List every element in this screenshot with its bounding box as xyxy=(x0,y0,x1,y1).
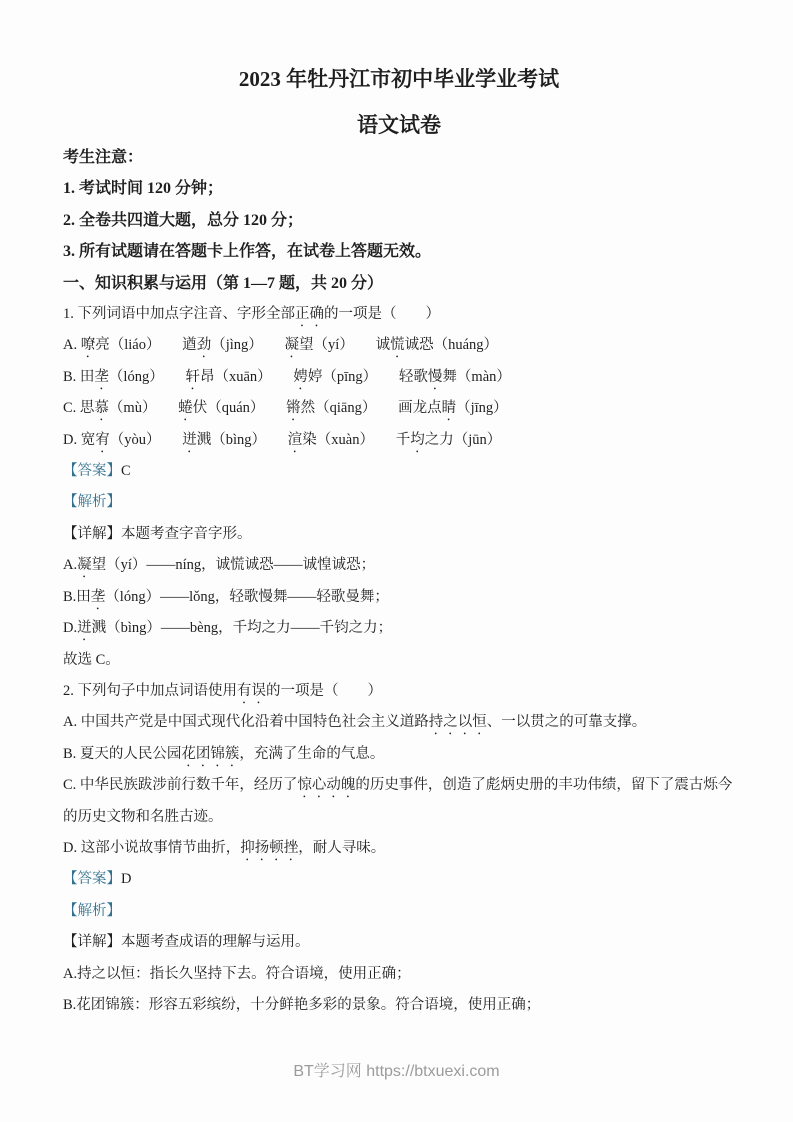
text-run: C. 中华民族跋涉前行数千年，经历了 xyxy=(63,777,297,793)
text-run: B. 夏天的人民公园 xyxy=(63,746,181,762)
document-content: 2023 年牡丹江市初中毕业学业考试 语文试卷 考生注意：1. 考试时间 120… xyxy=(63,64,735,1021)
q2-option-b: B. 夏天的人民公园花团锦簇，充满了生命的气息。 xyxy=(63,739,735,770)
text-run: 望（yí）——níng，诚慌诚恐——诚惶诚恐； xyxy=(92,557,376,573)
q2-detail: 【详解】本题考查成语的理解与运用。 xyxy=(63,927,735,958)
accent-label: 【解析】 xyxy=(63,903,121,919)
text-run: 的历史事件，创造了彪炳史册的丰功伟绩，留下了震古烁今 xyxy=(355,777,732,793)
emphasized-text: 有误 xyxy=(237,683,266,699)
text-run: 一、知识积累与运用（第 1—7 题，共 20 分） xyxy=(63,275,383,292)
text-run: （jìng） xyxy=(211,337,284,353)
q1-option-a: A. 嘹亮（liáo） 遒劲（jìng） 凝望（yí） 诚慌诚恐（huáng） xyxy=(63,330,735,361)
text-run: 昂（xuān） xyxy=(200,369,293,385)
emphasized-text: 抑扬顿挫 xyxy=(240,840,298,856)
emphasized-text: 均 xyxy=(410,432,425,448)
accent-label: 【答案】 xyxy=(63,463,121,479)
q2-option-a: A. 中国共产党是中国式现代化沿着中国特色社会主义道路持之以恒、一以贯之的可靠支… xyxy=(63,707,735,738)
text-run: 婷（pīng） 轻歌 xyxy=(308,369,428,385)
q1-detail-d: D.迸溅（bìng）——bèng，千均之力——千钧之力； xyxy=(63,613,735,644)
text-run: ，耐人寻味。 xyxy=(298,840,385,856)
emphasized-text: 垄 xyxy=(91,589,106,605)
text-run: 的一项是（ ） xyxy=(266,683,382,699)
emphasized-text: 凝 xyxy=(285,337,300,353)
text-run: 1. 下列词语中加点字注音、字形全部 xyxy=(63,306,295,322)
text-run: 考生注意： xyxy=(63,149,143,166)
text-run: 3. 所有试题请在答题卡上作答，在试卷上答题无效。 xyxy=(63,243,431,260)
text-run: 亮（liáo） 遒 xyxy=(95,337,197,353)
emphasized-text: 蜷 xyxy=(178,400,193,416)
text-run: A. xyxy=(63,557,77,573)
emphasized-text: 慢 xyxy=(428,369,443,385)
text-run: （mù） xyxy=(109,400,178,416)
text-run: D. 宽 xyxy=(63,432,95,448)
q2-answer: 【答案】D xyxy=(63,864,735,895)
text-run: （lóng） xyxy=(109,369,186,385)
text-run: 、一以贯之的可靠支撑。 xyxy=(487,714,647,730)
q2-option-c-line1: C. 中华民族跋涉前行数千年，经历了惊心动魄的历史事件，创造了彪炳史册的丰功伟绩… xyxy=(63,770,735,801)
q2-option-d: D. 这部小说故事情节曲折，抑扬顿挫，耐人寻味。 xyxy=(63,833,735,864)
q1-option-d: D. 宽宥（yòu） 迸溅（bìng） 渲染（xuàn） 千均之力（jūn） xyxy=(63,425,735,456)
q1-detail: 【详解】本题考查字音字形。 xyxy=(63,519,735,550)
text-run: C xyxy=(121,463,131,479)
q2-option-c-line2: 的历史文物和名胜古迹。 xyxy=(63,802,735,833)
notice-1: 1. 考试时间 120 分钟； xyxy=(63,173,735,204)
q2-stem: 2. 下列句子中加点词语使用有误的一项是（ ） xyxy=(63,676,735,707)
emphasized-text: 娉 xyxy=(293,369,308,385)
emphasized-text: 宥 xyxy=(95,432,110,448)
text-run: 【详解】本题考查成语的理解与运用。 xyxy=(63,934,310,950)
emphasized-text: 惊心动魄 xyxy=(297,777,355,793)
q1-analysis-label: 【解析】 xyxy=(63,487,735,518)
emphasized-text: 劲 xyxy=(197,337,212,353)
text-run: 溅（bìng） xyxy=(197,432,288,448)
text-run: 的历史文物和名胜古迹。 xyxy=(63,809,223,825)
q2-analysis-label: 【解析】 xyxy=(63,896,735,927)
text-run: C. 思 xyxy=(63,400,94,416)
emphasized-text: 慌 xyxy=(390,337,405,353)
text-run: 伏（quán） xyxy=(193,400,286,416)
emphasized-text: 睛 xyxy=(442,400,457,416)
text-run: 2. 下列句子中加点词语使用 xyxy=(63,683,237,699)
paper-title: 语文试卷 xyxy=(63,110,735,140)
q1-option-c: C. 思慕（mù） 蜷伏（quán） 锵然（qiāng） 画龙点睛（jīng） xyxy=(63,393,735,424)
text-run: ，充满了生命的气息。 xyxy=(239,746,384,762)
text-run: B.花团锦簇：形容五彩缤纷，十分鲜艳多彩的景象。符合语境，使用正确； xyxy=(63,997,540,1013)
emphasized-text: 迸 xyxy=(182,432,197,448)
accent-label: 【解析】 xyxy=(63,494,121,510)
q1-detail-a: A.凝望（yí）——níng，诚慌诚恐——诚惶诚恐； xyxy=(63,550,735,581)
text-run: 的一项是（ ） xyxy=(324,306,440,322)
text-run: A.持之以恒：指长久坚持下去。符合语境，使用正确； xyxy=(63,966,411,982)
emphasized-text: 持之以恒 xyxy=(429,714,487,730)
q1-stem: 1. 下列词语中加点字注音、字形全部正确的一项是（ ） xyxy=(63,299,735,330)
text-run: 【详解】本题考查字音字形。 xyxy=(63,526,252,542)
text-run: 2. 全卷共四道大题，总分 120 分； xyxy=(63,212,303,229)
notice-2: 2. 全卷共四道大题，总分 120 分； xyxy=(63,205,735,236)
q1-option-b: B. 田垄（lóng） 轩昂（xuān） 娉婷（pīng） 轻歌慢舞（màn） xyxy=(63,362,735,393)
emphasized-text: 花团锦簇 xyxy=(181,746,239,762)
notice-3: 3. 所有试题请在答题卡上作答，在试卷上答题无效。 xyxy=(63,236,735,267)
q1-detail-b: B.田垄（lóng）——lǒng，轻歌慢舞——轻歌曼舞； xyxy=(63,582,735,613)
text-run: （jīng） xyxy=(456,400,508,416)
q2-detail-a: A.持之以恒：指长久坚持下去。符合语境，使用正确； xyxy=(63,959,735,990)
document-body: 考生注意：1. 考试时间 120 分钟；2. 全卷共四道大题，总分 120 分；… xyxy=(63,142,735,1021)
text-run: 染（xuàn） 千 xyxy=(302,432,410,448)
text-run: （lóng）——lǒng，轻歌慢舞——轻歌曼舞； xyxy=(105,589,389,605)
text-run: D. 这部小说故事情节曲折， xyxy=(63,840,240,856)
text-run: 望（yí） 诚 xyxy=(299,337,390,353)
accent-label: 【答案】 xyxy=(63,871,121,887)
text-run: 之力（jūn） xyxy=(425,432,502,448)
text-run: 故选 C。 xyxy=(63,652,120,668)
text-run: 然（qiāng） 画龙点 xyxy=(301,400,442,416)
text-run: （yòu） xyxy=(110,432,183,448)
section-1-heading: 一、知识积累与运用（第 1—7 题，共 20 分） xyxy=(63,268,735,299)
emphasized-text: 慕 xyxy=(94,400,109,416)
emphasized-text: 迸 xyxy=(77,620,92,636)
text-run: D xyxy=(121,871,131,887)
text-run: B. 田 xyxy=(63,369,94,385)
watermark: BT学习网 https://btxuexi.com xyxy=(0,1058,793,1081)
text-run: 1. 考试时间 120 分钟； xyxy=(63,180,223,197)
q2-detail-b: B.花团锦簇：形容五彩缤纷，十分鲜艳多彩的景象。符合语境，使用正确； xyxy=(63,990,735,1021)
exam-paper-page: 2023 年牡丹江市初中毕业学业考试 语文试卷 考生注意：1. 考试时间 120… xyxy=(0,0,793,1122)
text-run: A. xyxy=(63,337,81,353)
text-run: D. xyxy=(63,620,77,636)
text-run: 诚恐（huáng） xyxy=(405,337,498,353)
emphasized-text: 嘹 xyxy=(81,337,96,353)
emphasized-text: 锵 xyxy=(286,400,301,416)
emphasized-text: 垄 xyxy=(94,369,109,385)
q1-conclusion: 故选 C。 xyxy=(63,645,735,676)
text-run: B.田 xyxy=(63,589,91,605)
text-run: A. 中国共产党是中国式现代化沿着中国特色社会主义道路 xyxy=(63,714,429,730)
q1-answer: 【答案】C xyxy=(63,456,735,487)
emphasized-text: 轩 xyxy=(185,369,200,385)
emphasized-text: 凝 xyxy=(77,557,92,573)
exam-title: 2023 年牡丹江市初中毕业学业考试 xyxy=(63,64,735,94)
emphasized-text: 渲 xyxy=(288,432,303,448)
emphasized-text: 正确 xyxy=(295,306,324,322)
text-run: 溅（bìng）——bèng，千均之力——千钧之力； xyxy=(92,620,392,636)
notice-heading: 考生注意： xyxy=(63,142,735,173)
text-run: 舞（màn） xyxy=(442,369,510,385)
